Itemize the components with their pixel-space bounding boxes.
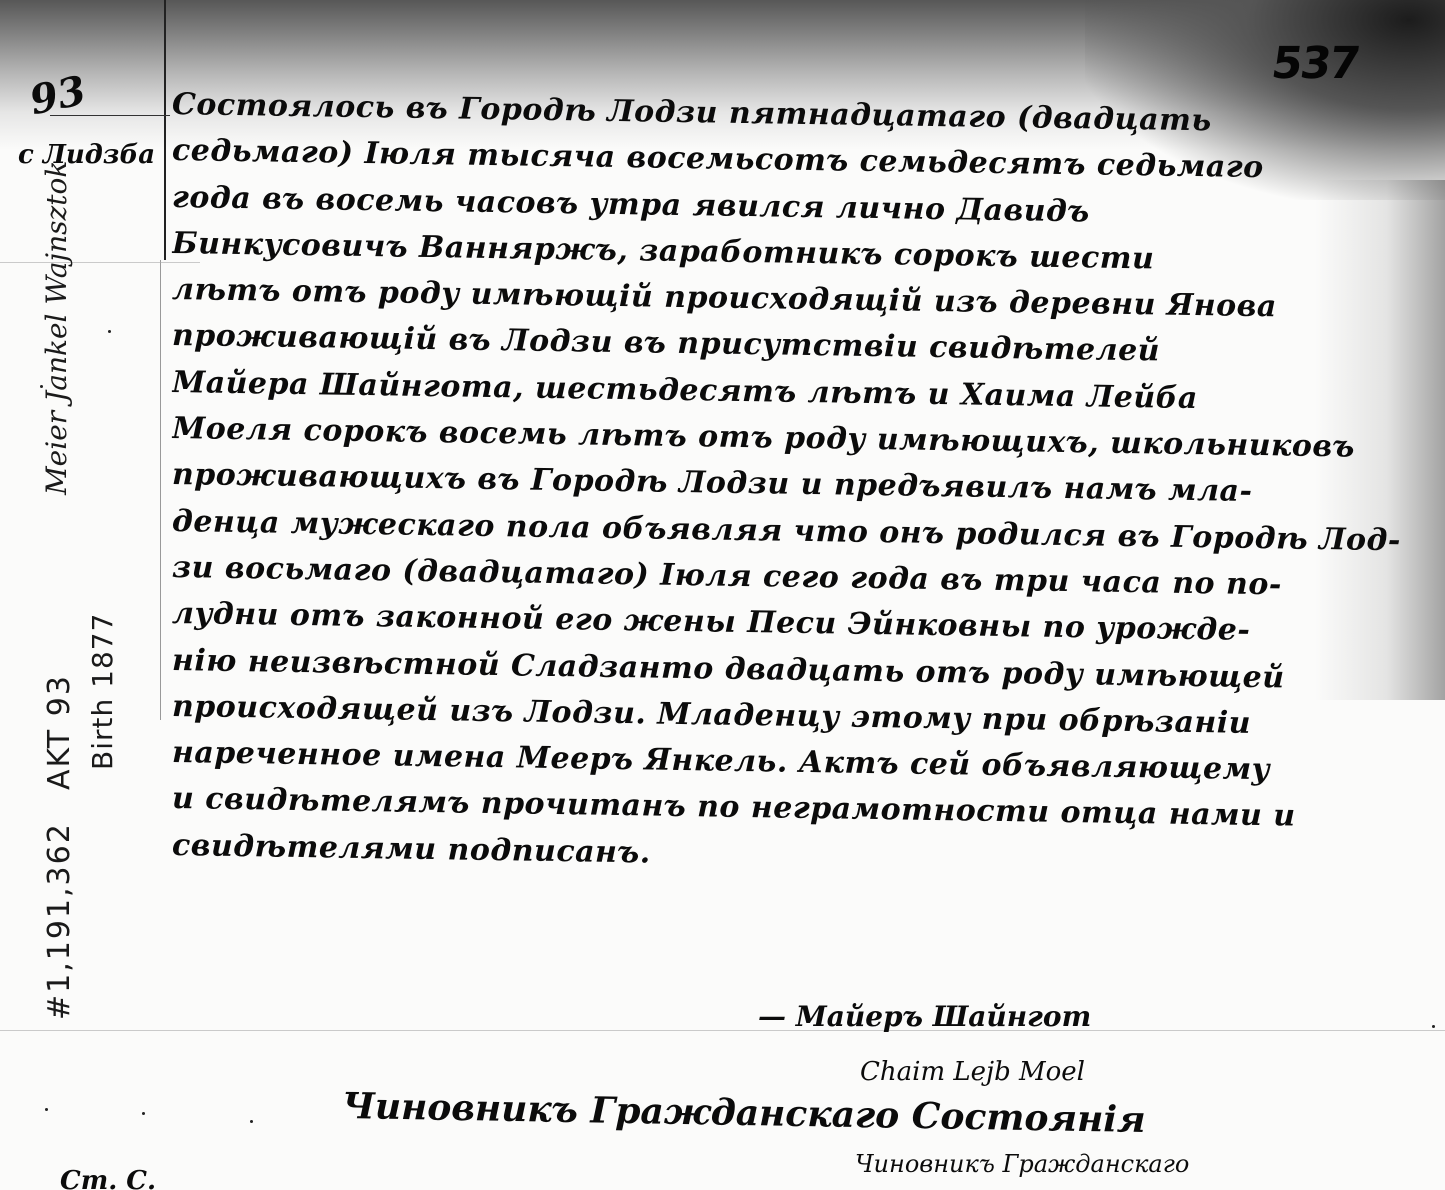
scan-speck xyxy=(250,1120,253,1123)
archival-film-number: #1,191,362 xyxy=(42,822,77,1020)
witness-signature: Chaim Lejb Moel xyxy=(860,1057,1085,1087)
bottom-fragment-text: Ст. С. xyxy=(60,1166,156,1190)
father-signature: — Майеръ Шайнгот xyxy=(758,1000,1091,1033)
official-title: Чиновникъ Гражданскаго Состоянія xyxy=(342,1085,1146,1141)
scan-speck xyxy=(142,1112,145,1115)
archival-akt-label: AKT 93 xyxy=(42,674,77,790)
scan-speck xyxy=(108,330,111,333)
margin-note-location: с Лидзба xyxy=(18,140,155,170)
archival-birth-year: Birth 1877 xyxy=(86,613,119,770)
ruled-line xyxy=(0,262,200,263)
archival-name-note: Meier Jankel Wajnsztok xyxy=(40,161,73,495)
official-signature: Чиновникъ Гражданскаго xyxy=(855,1150,1189,1178)
scan-speck xyxy=(1432,1025,1435,1028)
scan-speck xyxy=(45,1108,48,1111)
margin-rule-vertical-lower xyxy=(160,260,161,720)
ruled-line xyxy=(0,1030,1445,1031)
record-body: Состоялось въ Городѣ Лодзи пятнадцатаго … xyxy=(172,82,1442,869)
margin-rule-vertical xyxy=(164,0,166,260)
